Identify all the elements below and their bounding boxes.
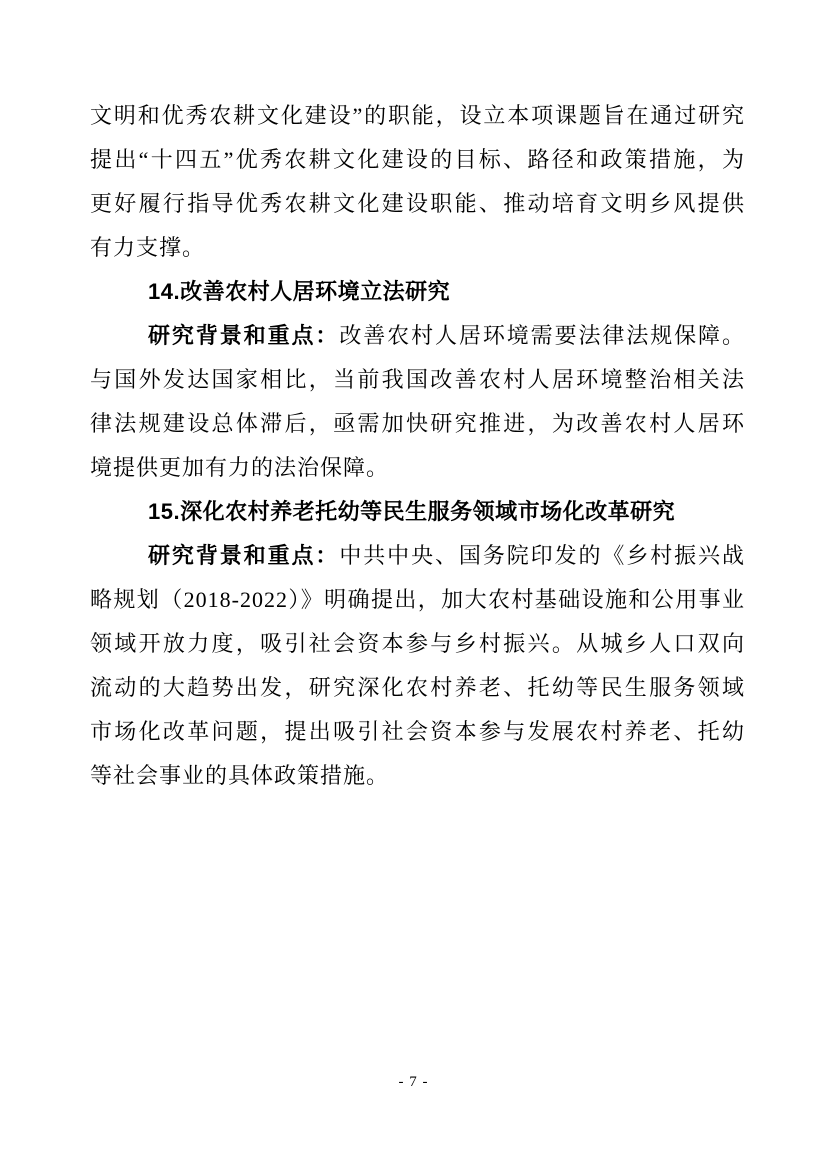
paragraph-text: 改善农村人居环境需要法律法规保障。 [339, 323, 745, 348]
paragraph-line: 领域开放力度，吸引社会资本参与乡村振兴。从城乡人口双向 [90, 622, 745, 666]
paragraph-text: 中共中央、国务院印发的《乡村振兴战 [339, 543, 745, 568]
paragraph-line: 流动的大趋势出发，研究深化农村养老、托幼等民生服务领域 [90, 666, 745, 710]
paragraph-line: 更好履行指导优秀农耕文化建设职能、推动培育文明乡风提供 [90, 182, 745, 226]
section-heading-15: 15.深化农村养老托幼等民生服务领域市场化改革研究 [90, 490, 745, 534]
paragraph-lead-label: 研究背景和重点： [148, 543, 339, 568]
paragraph-line: 与国外发达国家相比，当前我国改善农村人居环境整治相关法 [90, 358, 745, 402]
paragraph-line: 等社会事业的具体政策措施。 [90, 754, 745, 798]
paragraph-line: 略规划（2018-2022）》明确提出，加大农村基础设施和公用事业 [90, 578, 745, 622]
section-heading-14: 14.改善农村人居环境立法研究 [90, 270, 745, 314]
page-content: 文明和优秀农耕文化建设”的职能，设立本项课题旨在通过研究 提出“十四五”优秀农耕… [90, 94, 745, 798]
paragraph-line: 文明和优秀农耕文化建设”的职能，设立本项课题旨在通过研究 [90, 94, 745, 138]
paragraph-lead-label: 研究背景和重点： [148, 323, 339, 348]
paragraph-line: 律法规建设总体滞后，亟需加快研究推进，为改善农村人居环 [90, 402, 745, 446]
paragraph-line: 市场化改革问题，提出吸引社会资本参与发展农村养老、托幼 [90, 710, 745, 754]
document-page: 文明和优秀农耕文化建设”的职能，设立本项课题旨在通过研究 提出“十四五”优秀农耕… [0, 0, 827, 1169]
paragraph-line: 境提供更加有力的法治保障。 [90, 446, 745, 490]
page-number: - 7 - [0, 1074, 827, 1091]
paragraph-line: 研究背景和重点：改善农村人居环境需要法律法规保障。 [90, 314, 745, 358]
paragraph-line: 有力支撑。 [90, 226, 745, 270]
paragraph-line: 提出“十四五”优秀农耕文化建设的目标、路径和政策措施，为 [90, 138, 745, 182]
paragraph-line: 研究背景和重点：中共中央、国务院印发的《乡村振兴战 [90, 534, 745, 578]
